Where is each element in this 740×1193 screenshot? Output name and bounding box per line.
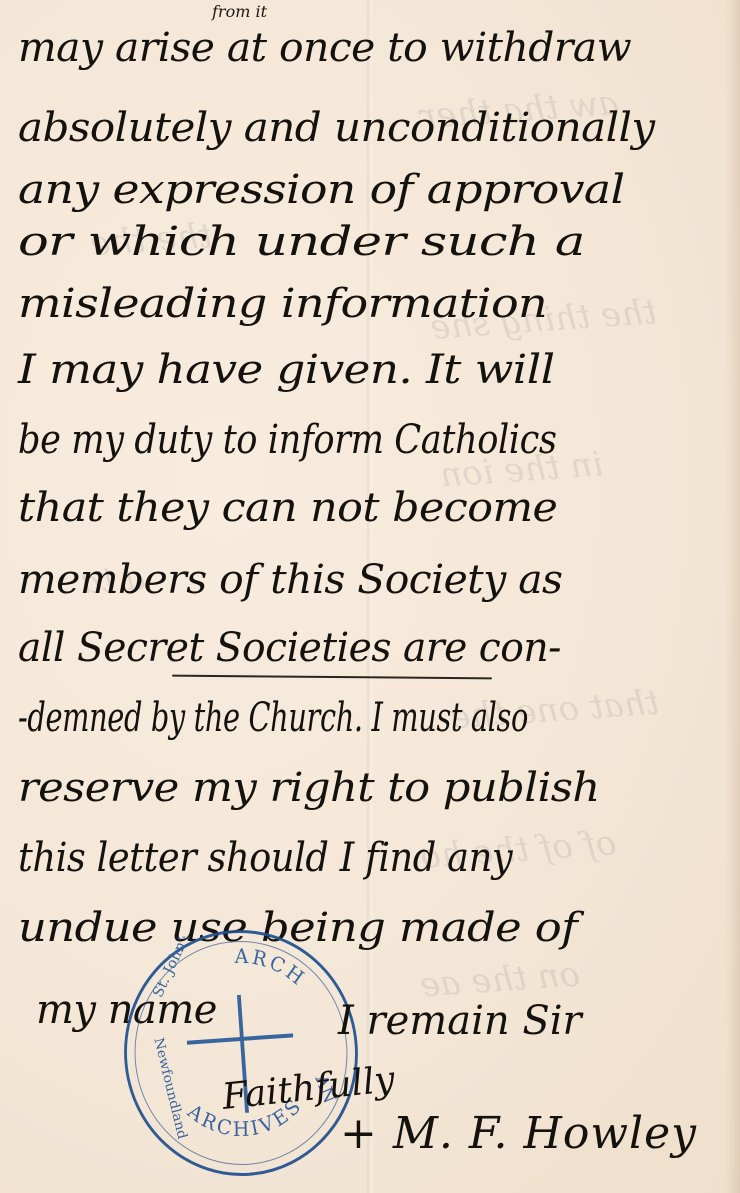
svg-text:Newfoundland: Newfoundland <box>151 1036 190 1141</box>
letter-line-8: that they can not become <box>18 488 557 528</box>
letter-line-2: absolutely and unconditionally <box>18 108 655 148</box>
archives-stamp: ARCH ARCHIVES AN St. John's Newfoundland <box>116 922 366 1184</box>
closing-remain: I remain Sir <box>338 998 582 1044</box>
svg-text:St. John's: St. John's <box>150 928 195 1000</box>
letter-line-12: reserve my right to publish <box>18 768 600 808</box>
letter-line-13: this letter should I find any <box>18 838 512 878</box>
interlinear-insertion: from it <box>212 2 267 21</box>
letter-line-7: be my duty to inform Catholics <box>18 420 557 460</box>
letter-line-5: misleading information <box>18 284 547 324</box>
svg-text:ARCH: ARCH <box>232 939 312 996</box>
letter-line-6: I may have given. It will <box>18 350 554 390</box>
letter-line-10: all Secret Societies are con- <box>18 628 561 668</box>
letter-page: aw tha ther the thing she in the ion tha… <box>0 0 740 1193</box>
letter-line-9: members of this Society as <box>18 560 562 600</box>
letter-line-1: may arise at once to withdraw <box>18 28 631 68</box>
letter-line-4: or which under such a <box>18 222 585 262</box>
letter-line-11: -demned by the Church. I must also <box>18 698 528 738</box>
signature: + M. F. Howley <box>340 1108 697 1159</box>
underline-secret-societies <box>172 675 492 680</box>
letter-line-3: any expression of approval <box>18 170 625 210</box>
